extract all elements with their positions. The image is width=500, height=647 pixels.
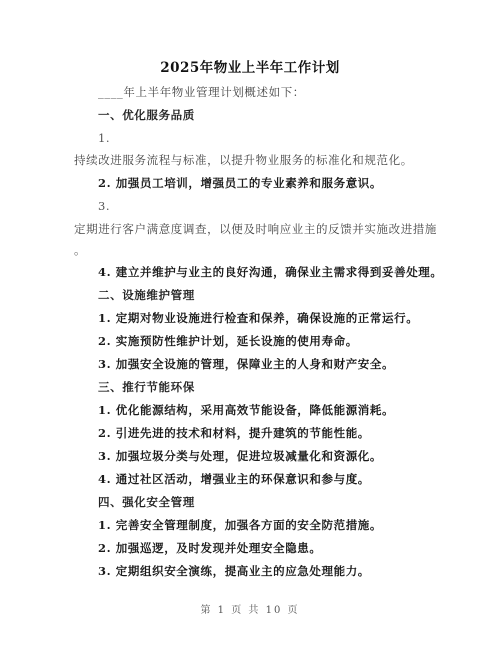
list-item: 3. 定期组织安全演练，提高业主的应急处理能力。 <box>98 564 370 578</box>
list-item-number: 1. <box>98 131 110 145</box>
list-item: 2. 实施预防性维护计划，延长设施的使用寿命。 <box>98 334 358 348</box>
list-item: 2. 加强巡逻，及时发现并处理安全隐患。 <box>98 541 322 555</box>
list-item: 2. 引进先进的技术和材料，提升建筑的节能性能。 <box>98 426 370 440</box>
list-item: 1. 定期对物业设施进行检查和保养，确保设施的正常运行。 <box>98 311 418 325</box>
list-item: 3. 加强垃圾分类与处理，促进垃圾减量化和资源化。 <box>98 449 382 463</box>
list-item: 3. 加强安全设施的管理，保障业主的人身和财产安全。 <box>98 357 394 371</box>
section-heading-energy-saving: 三、推行节能环保 <box>98 380 195 394</box>
list-item: 1. 优化能源结构，采用高效节能设备，降低能源消耗。 <box>98 403 394 417</box>
section-heading-safety-management: 四、强化安全管理 <box>98 495 195 509</box>
list-item: 1. 完善安全管理制度，加强各方面的安全防范措施。 <box>98 518 382 532</box>
section-heading-facility-maintenance: 二、设施维护管理 <box>98 288 195 302</box>
list-item: 4. 通过社区活动，增强业主的环保意识和参与度。 <box>98 472 370 486</box>
list-item-text: 持续改进服务流程与标准，以提升物业服务的标准化和规范化。 <box>74 153 413 167</box>
intro-paragraph: ____年上半年物业管理计划概述如下： <box>98 85 305 99</box>
list-item-text: 定期进行客户满意度调查，以便及时响应业主的反馈并实施改进措施 <box>74 222 437 236</box>
document-title: 2025年物业上半年工作计划 <box>0 61 500 75</box>
section-heading-service-quality: 一、优化服务品质 <box>98 108 195 122</box>
list-item-text-tail: 。 <box>74 243 86 257</box>
list-item: 4. 建立并维护与业主的良好沟通，确保业主需求得到妥善处理。 <box>98 265 443 279</box>
list-item: 2. 加强员工培训，增强员工的专业素养和服务意识。 <box>98 176 382 190</box>
page-indicator: 第 1 页 共 10 页 <box>0 604 500 618</box>
list-item-number: 3. <box>98 199 110 213</box>
document-page: 2025年物业上半年工作计划 ____年上半年物业管理计划概述如下： 一、优化服… <box>0 0 500 647</box>
